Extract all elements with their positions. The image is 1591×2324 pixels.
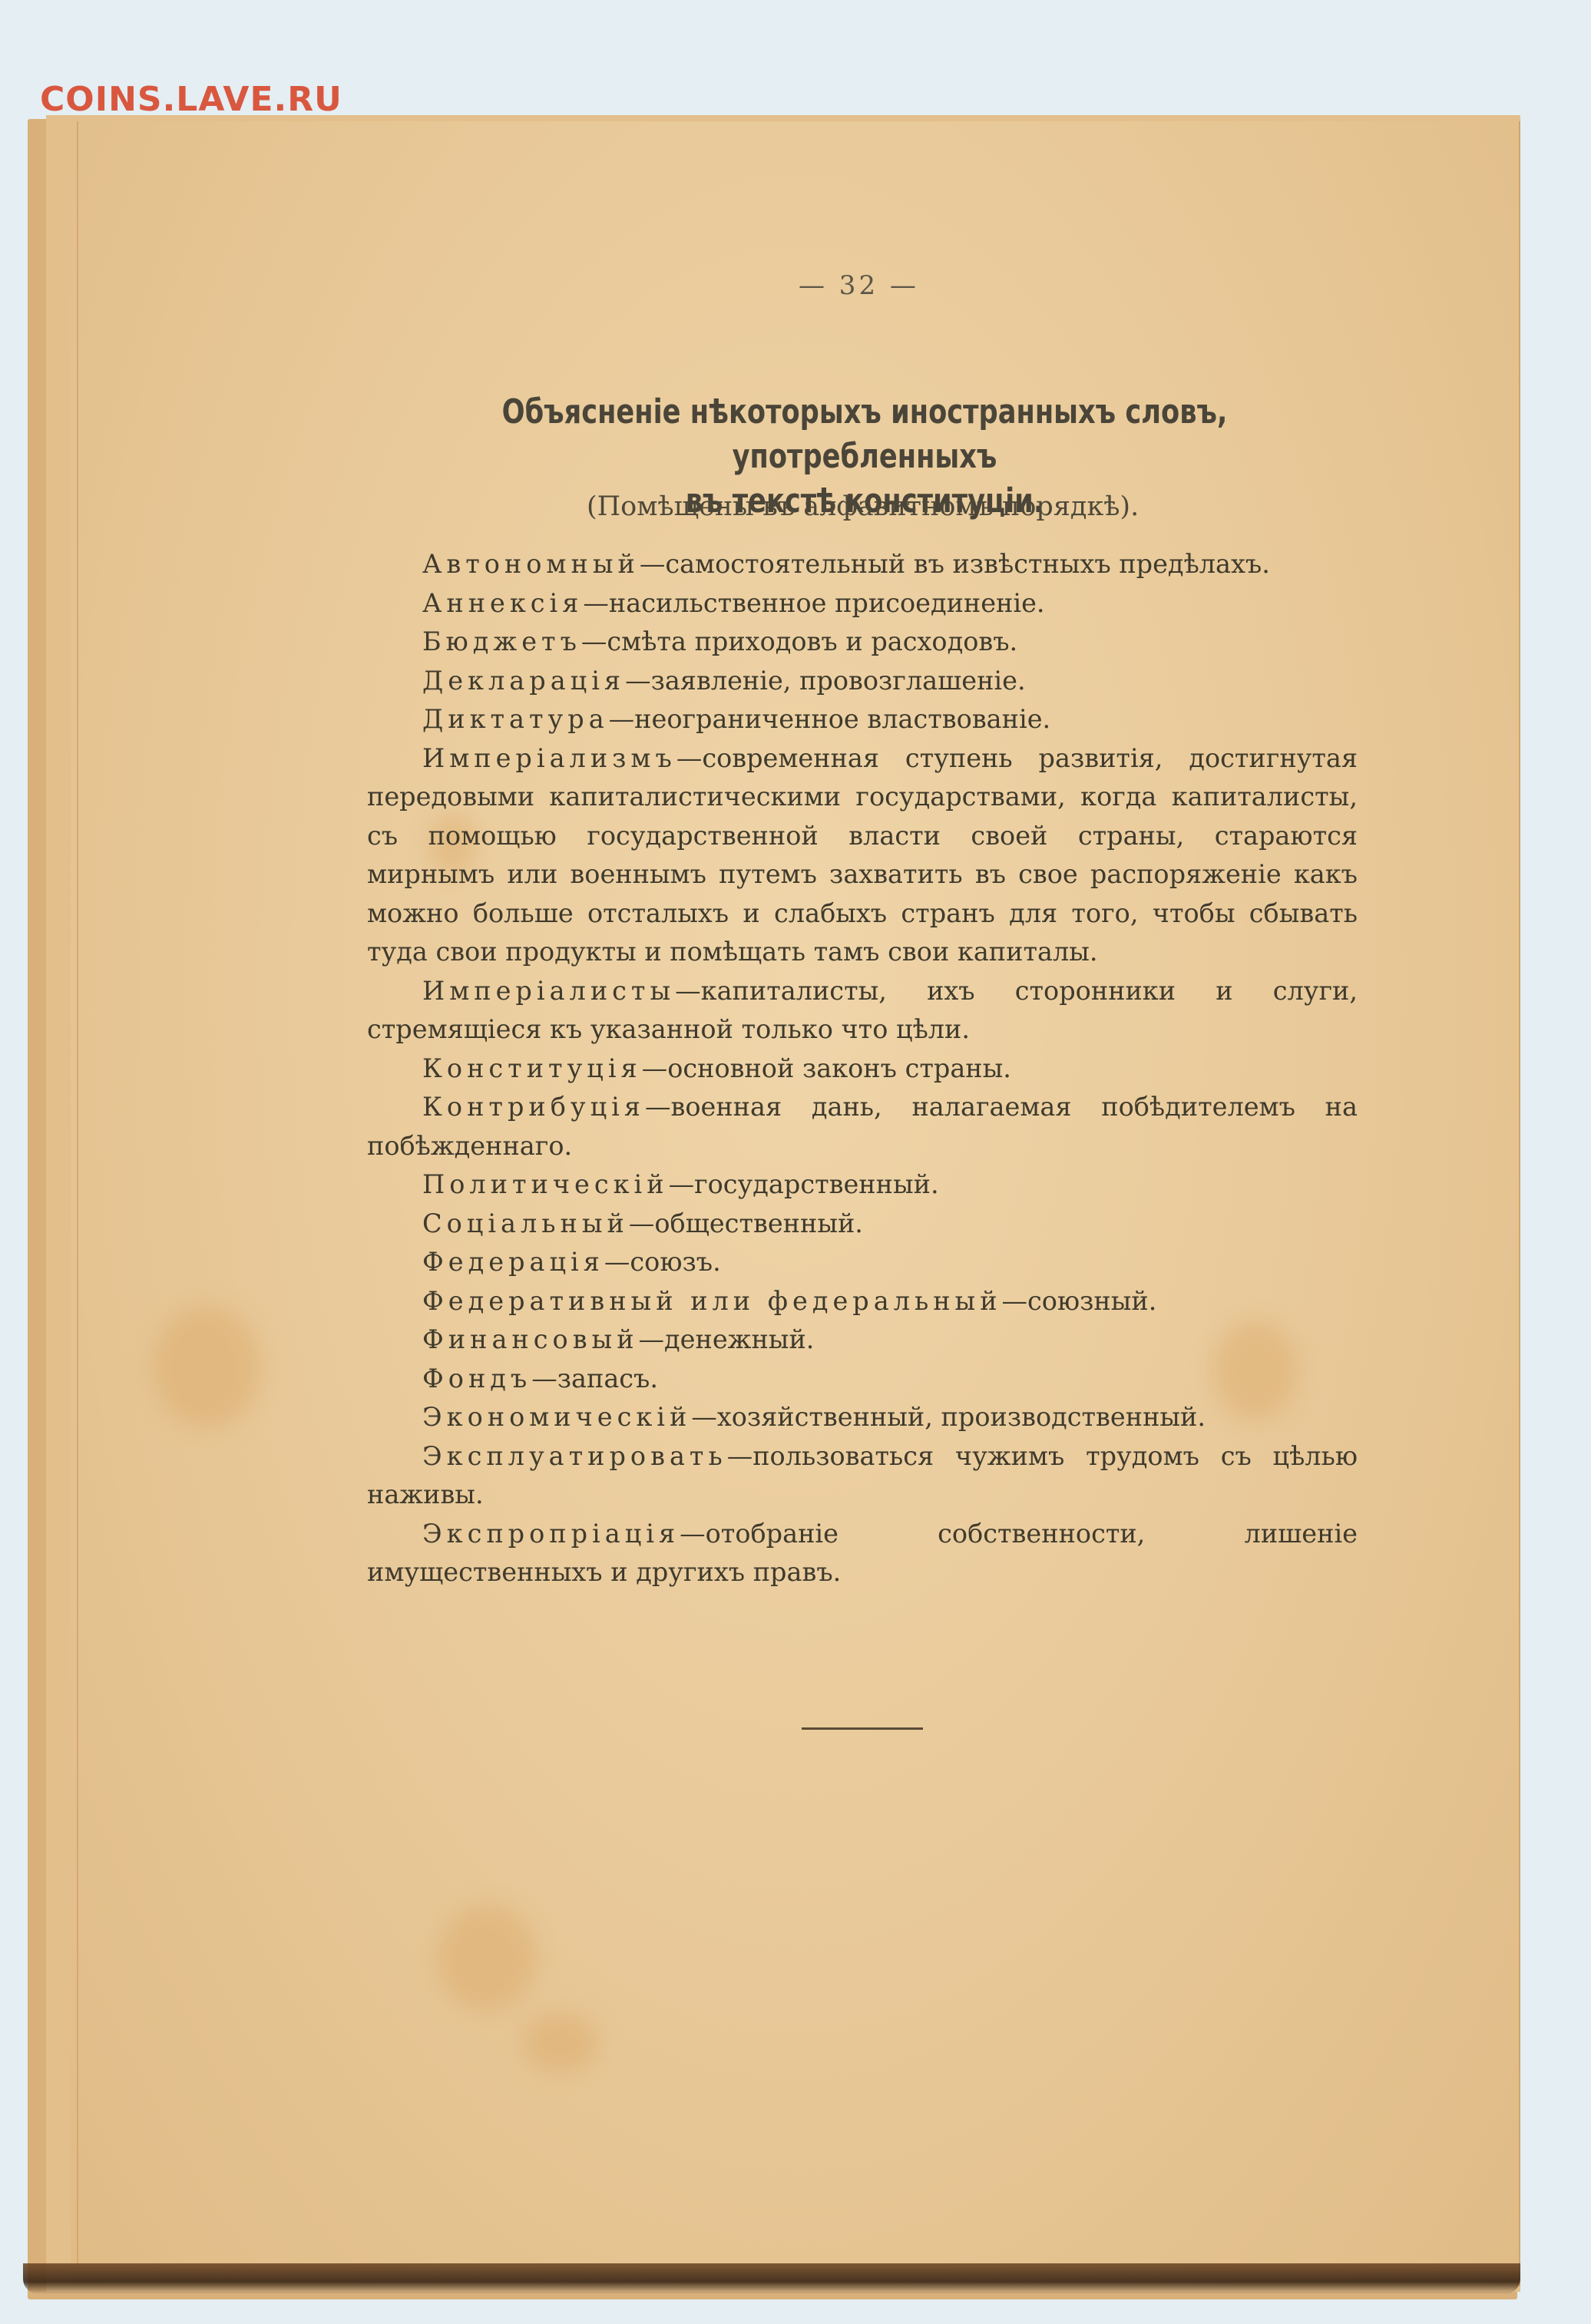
glossary-term: Контрибуція [422, 1092, 645, 1122]
paper-stain [522, 2012, 599, 2073]
paper-stain [438, 1904, 537, 2012]
glossary-entry: Федеративный или федеральный—союзный. [367, 1282, 1358, 1321]
glossary-term: Автономный [422, 549, 640, 579]
section-end-rule [802, 1727, 923, 1730]
glossary-entry: Диктатура—неограниченное властвованіе. [367, 700, 1358, 739]
glossary-entry: Федерація—союзъ. [367, 1243, 1358, 1282]
page-fold-line [77, 121, 78, 2263]
glossary-definition: —современная ступень развитія, достигнут… [367, 743, 1358, 967]
watermark: COINS.LAVE.RU [40, 80, 342, 119]
paper-stain [154, 1305, 261, 1428]
glossary-term: Федерація [422, 1247, 604, 1277]
glossary-definition: —денежный. [639, 1324, 815, 1354]
glossary-term: Фондъ [422, 1364, 531, 1393]
glossary-entry: Аннексія—насильственное присоединеніе. [367, 584, 1358, 623]
glossary-definition: —самостоятельный въ извѣстныхъ предѣлахъ… [640, 549, 1270, 579]
glossary-definition: —насильственное присоединеніе. [583, 588, 1044, 618]
glossary-entry: Имперіализмъ—современная ступень развиті… [367, 739, 1358, 972]
glossary-entry: Конституція—основной законъ страны. [367, 1050, 1358, 1089]
glossary-entry: Эксплуатировать—пользоваться чужимъ труд… [367, 1437, 1358, 1515]
glossary-entry: Экспропріація—отобраніе собственности, л… [367, 1515, 1358, 1592]
glossary-term: Финансовый [422, 1324, 639, 1354]
glossary-term: Имперіалисты [422, 976, 675, 1006]
glossary-entry: Бюджетъ—смѣта приходовъ и расходовъ. [367, 623, 1358, 662]
glossary-term: Федеративный или федеральный [422, 1286, 1002, 1316]
glossary-term: Диктатура [422, 704, 609, 734]
glossary-entry: Фондъ—запасъ. [367, 1360, 1358, 1399]
glossary-term: Соціальный [422, 1208, 629, 1238]
glossary-definition: —основной законъ страны. [642, 1053, 1011, 1083]
glossary-term: Имперіализмъ [422, 743, 676, 773]
glossary-term: Декларація [422, 666, 625, 696]
glossary-term: Политическій [422, 1169, 669, 1199]
glossary-entry: Соціальный—общественный. [367, 1205, 1358, 1244]
glossary-definition: —союзъ. [604, 1247, 721, 1277]
glossary-definition: —неограниченное властвованіе. [609, 704, 1051, 734]
glossary-term: Экспропріація [422, 1519, 680, 1549]
glossary-definition: —общественный. [629, 1208, 863, 1238]
glossary-entry: Автономный—самостоятельный въ извѣстныхъ… [367, 545, 1358, 584]
glossary-entry: Контрибуція—военная дань, налагаемая поб… [367, 1088, 1358, 1165]
glossary-term: Аннексія [422, 588, 583, 618]
glossary-definition: —заявленіе, провозглашеніе. [625, 666, 1026, 696]
glossary-entry: Политическій—государственный. [367, 1165, 1358, 1205]
glossary-definition: —смѣта приходовъ и расходовъ. [581, 626, 1017, 656]
glossary-term: Экономическій [422, 1402, 691, 1432]
glossary-term: Конституція [422, 1053, 642, 1083]
glossary-list: Автономный—самостоятельный въ извѣстныхъ… [367, 545, 1358, 1592]
damaged-bottom-edge [23, 2263, 1520, 2294]
glossary-entry: Экономическій—хозяйственный, производств… [367, 1398, 1358, 1437]
glossary-entry: Имперіалисты—капиталисты, ихъ сторонники… [367, 972, 1358, 1050]
page-number: — 32 — [799, 270, 919, 301]
glossary-definition: —государственный. [669, 1169, 939, 1199]
glossary-definition: —хозяйственный, производственный. [691, 1402, 1206, 1432]
page-subtitle: (Помѣщены въ алфавитномъ порядкѣ). [587, 491, 1139, 522]
glossary-entry: Декларація—заявленіе, провозглашеніе. [367, 662, 1358, 701]
glossary-definition: —союзный. [1002, 1286, 1157, 1316]
glossary-definition: —запасъ. [531, 1364, 658, 1393]
glossary-entry: Финансовый—денежный. [367, 1321, 1358, 1360]
title-line-1: Объясненіе нѣкоторыхъ иностранныхъ словъ… [367, 390, 1362, 479]
glossary-term: Эксплуатировать [422, 1441, 727, 1471]
glossary-term: Бюджетъ [422, 626, 581, 656]
